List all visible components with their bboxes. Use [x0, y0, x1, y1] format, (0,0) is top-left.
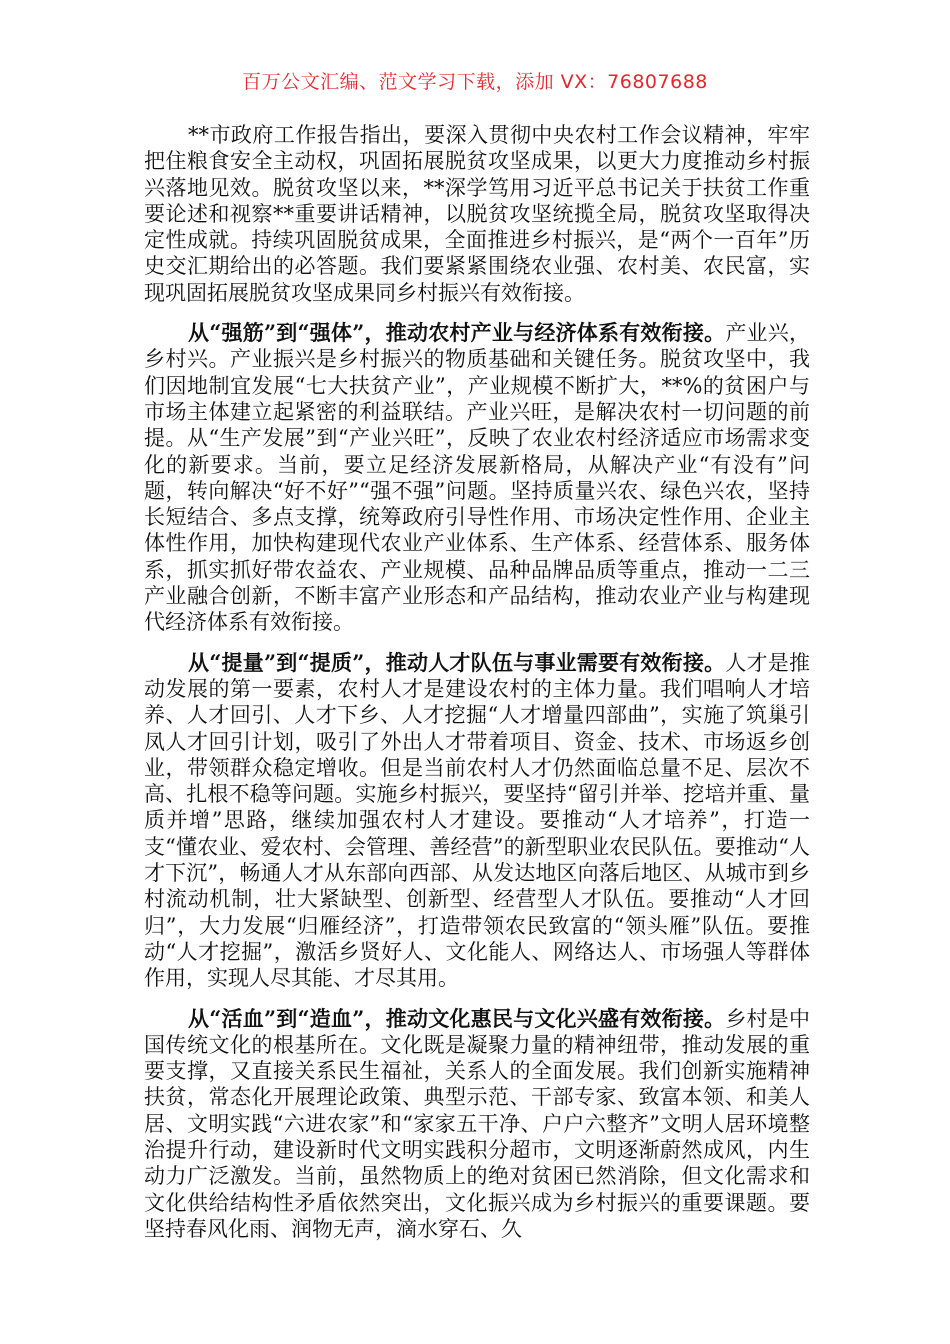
paragraph-text: 产业兴，乡村兴。产业振兴是乡村振兴的物质基础和关键任务。脱贫攻坚中，我们因地制宜… — [144, 321, 810, 634]
paragraph-lead: 从“强筋”到“强体”，推动农村产业与经济体系有效衔接。 — [188, 320, 725, 345]
document-page: 百万公文汇编、范文学习下载，添加 VX：76807688 **市政府工作报告指出… — [0, 0, 950, 1344]
paragraph-lead: 从“活血”到“造血”，推动文化惠民与文化兴盛有效衔接。 — [188, 1006, 725, 1031]
paragraph-text: **市政府工作报告指出，要深入贯彻中央农村工作会议精神，牢牢把住粮食安全主动权，… — [144, 123, 810, 305]
paragraph-talent: 从“提量”到“提质”，推动人才队伍与事业需要有效衔接。人才是推动发展的第一要素，… — [144, 650, 810, 992]
paragraph-text: 乡村是中国传统文化的根基所在。文化既是凝聚力量的精神纽带，推动发展的重要支撑，又… — [144, 1007, 810, 1241]
paragraph-lead: 从“提量”到“提质”，推动人才队伍与事业需要有效衔接。 — [188, 650, 725, 675]
watermark-banner: 百万公文汇编、范文学习下载，添加 VX：76807688 — [0, 68, 950, 96]
paragraph-text: 人才是推动发展的第一要素，农村人才是建设农村的主体力量。我们唱响人才培养、人才回… — [144, 651, 810, 991]
paragraph-intro: **市政府工作报告指出，要深入贯彻中央农村工作会议精神，牢牢把住粮食安全主动权，… — [144, 122, 810, 306]
paragraph-culture: 从“活血”到“造血”，推动文化惠民与文化兴盛有效衔接。乡村是中国传统文化的根基所… — [144, 1006, 810, 1243]
document-body: **市政府工作报告指出，要深入贯彻中央农村工作会议精神，牢牢把住粮食安全主动权，… — [144, 122, 810, 1256]
paragraph-industry: 从“强筋”到“强体”，推动农村产业与经济体系有效衔接。产业兴，乡村兴。产业振兴是… — [144, 320, 810, 636]
